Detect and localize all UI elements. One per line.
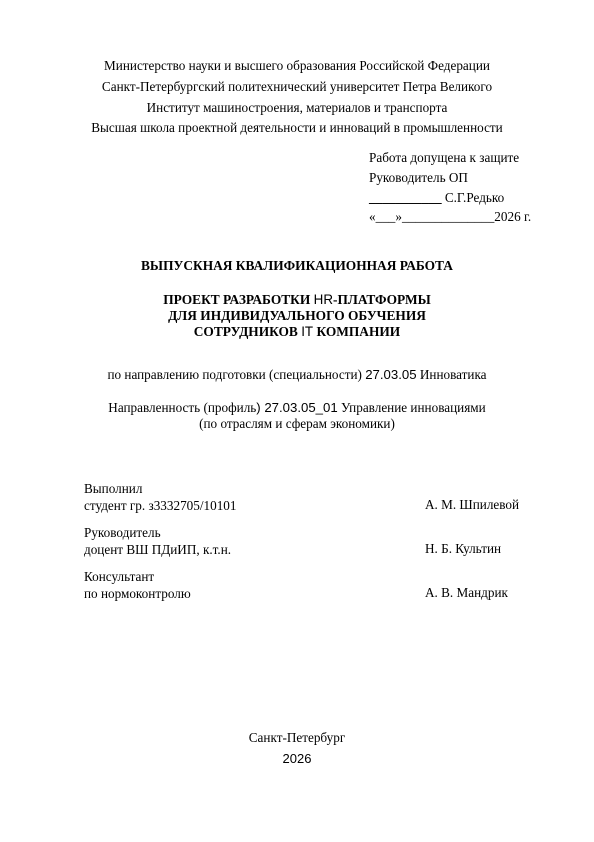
signature-position-consultant: по нормоконтролю [84,585,191,602]
signature-role-supervisor: Руководитель [84,524,161,541]
direction-name: Инноватика [417,367,487,382]
direction-prefix: по направлению подготовки (специальности… [107,367,365,382]
direction-code: 27.03.05 [365,367,416,382]
topic-text: -ПЛАТФОРМЫ [333,292,431,307]
signer-name: С.Г.Редько [442,190,505,205]
signature-name-consultant: А. В. Мандрик [425,585,508,601]
topic-line-2: ДЛЯ ИНДИВИДУАЛЬНОГО ОБУЧЕНИЯ [0,308,594,324]
date-blank: «___»______________ [369,209,494,224]
date-year: 2026 г. [494,209,531,224]
signature-name-author: А. М. Шпилевой [425,497,519,513]
approval-head: Руководитель ОП [369,168,468,188]
profile-name: Управление инновациями [338,400,486,415]
approval-admitted: Работа допущена к защите [369,148,519,168]
approval-signature-line: ___________ С.Г.Редько [369,188,504,208]
topic-line-1: ПРОЕКТ РАЗРАБОТКИ HR-ПЛАТФОРМЫ [0,292,594,308]
topic-text: СОТРУДНИКОВ [194,324,301,339]
topic-text: КОМПАНИИ [313,324,400,339]
signature-name-supervisor: Н. Б. Культин [425,541,501,557]
approval-date-line: «___»______________2026 г. [369,207,531,227]
profile-code: ) 27.03.05_01 [256,400,337,415]
signature-blank: ___________ [369,190,442,205]
school-line: Высшая школа проектной деятельности и ин… [0,117,594,138]
work-type-title: ВЫПУСКНАЯ КВАЛИФИКАЦИОННАЯ РАБОТА [0,258,594,274]
topic-line-3: СОТРУДНИКОВ IT КОМПАНИИ [0,324,594,340]
footer-city: Санкт-Петербург [0,730,594,746]
signature-position-author: студент гр. з3332705/10101 [84,497,236,514]
signature-role-author: Выполнил [84,480,142,497]
profile-line-2: (по отраслям и сферам экономики) [0,416,594,432]
institute-line: Институт машиностроения, материалов и тр… [0,97,594,118]
topic-text: ПРОЕКТ РАЗРАБОТКИ [163,292,313,307]
profile-line: Направленность (профиль) 27.03.05_01 Упр… [0,400,594,416]
signature-role-consultant: Консультант [84,568,154,585]
topic-text-latin: HR [314,292,333,307]
direction-line: по направлению подготовки (специальности… [0,367,594,383]
footer-year: 2026 [0,751,594,766]
topic-text-latin: IT [301,324,313,339]
university-line: Санкт-Петербургский политехнический унив… [0,76,594,97]
profile-prefix: Направленность (профиль [108,400,256,415]
ministry-line: Министерство науки и высшего образования… [0,55,594,76]
signature-position-supervisor: доцент ВШ ПДиИП, к.т.н. [84,541,231,558]
